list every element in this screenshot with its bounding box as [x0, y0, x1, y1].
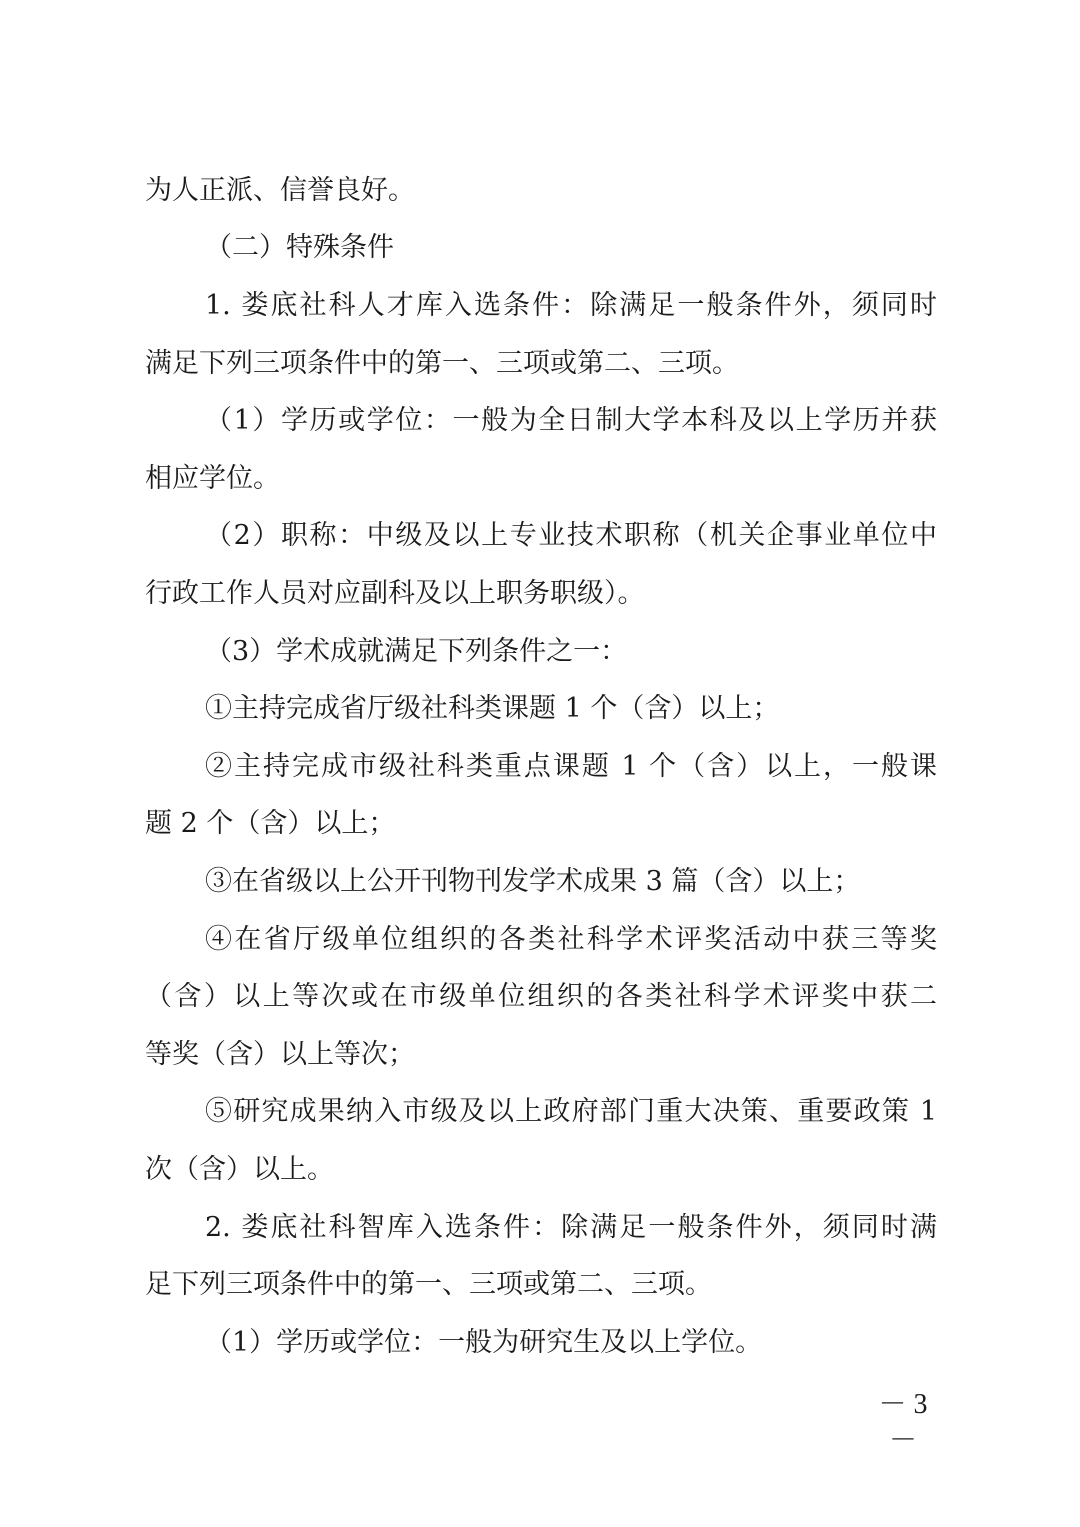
page-number: － 3 －: [868, 1387, 938, 1423]
list-item: ⑤研究成果纳入市级及以上政府部门重大决策、重要政策 1: [205, 1092, 937, 1132]
paragraph-line: 1. 娄底社科人才库入选条件：除满足一般条件外，须同时: [205, 286, 937, 326]
list-item: ①主持完成省厅级社科类课题 1 个（含）以上；: [205, 689, 937, 729]
list-item: ②主持完成市级社科类重点课题 1 个（含）以上，一般课: [205, 747, 937, 787]
paragraph-line: 为人正派、信誉良好。: [145, 171, 937, 211]
paragraph-line: （含）以上等次或在市级单位组织的各类社科学术评奖中获二: [145, 977, 937, 1017]
section-heading: （二）特殊条件: [205, 228, 937, 268]
paragraph-line: （1）学历或学位：一般为研究生及以上学位。: [205, 1323, 937, 1363]
paragraph-line: 行政工作人员对应副科及以上职务职级）。: [145, 574, 937, 614]
paragraph-line: 2. 娄底社科智库入选条件：除满足一般条件外，须同时满: [205, 1208, 937, 1248]
list-item: ④在省厅级单位组织的各类社科学术评奖活动中获三等奖: [205, 920, 937, 960]
list-item: ③在省级以上公开刊物刊发学术成果 3 篇（含）以上；: [205, 862, 937, 902]
paragraph-line: （1）学历或学位：一般为全日制大学本科及以上学历并获: [205, 401, 937, 441]
paragraph-line: 等奖（含）以上等次；: [145, 1035, 937, 1075]
paragraph-line: （2）职称：中级及以上专业技术职称（机关企事业单位中: [205, 516, 937, 556]
document-page: 为人正派、信誉良好。 （二）特殊条件 1. 娄底社科人才库入选条件：除满足一般条…: [0, 0, 1080, 1527]
paragraph-line: 足下列三项条件中的第一、三项或第二、三项。: [145, 1265, 937, 1305]
paragraph-line: 满足下列三项条件中的第一、三项或第二、三项。: [145, 344, 937, 384]
paragraph-line: 次（含）以上。: [145, 1150, 937, 1190]
paragraph-line: 相应学位。: [145, 459, 937, 499]
paragraph-line: （3）学术成就满足下列条件之一：: [205, 632, 937, 672]
paragraph-line: 题 2 个（含）以上；: [145, 804, 937, 844]
